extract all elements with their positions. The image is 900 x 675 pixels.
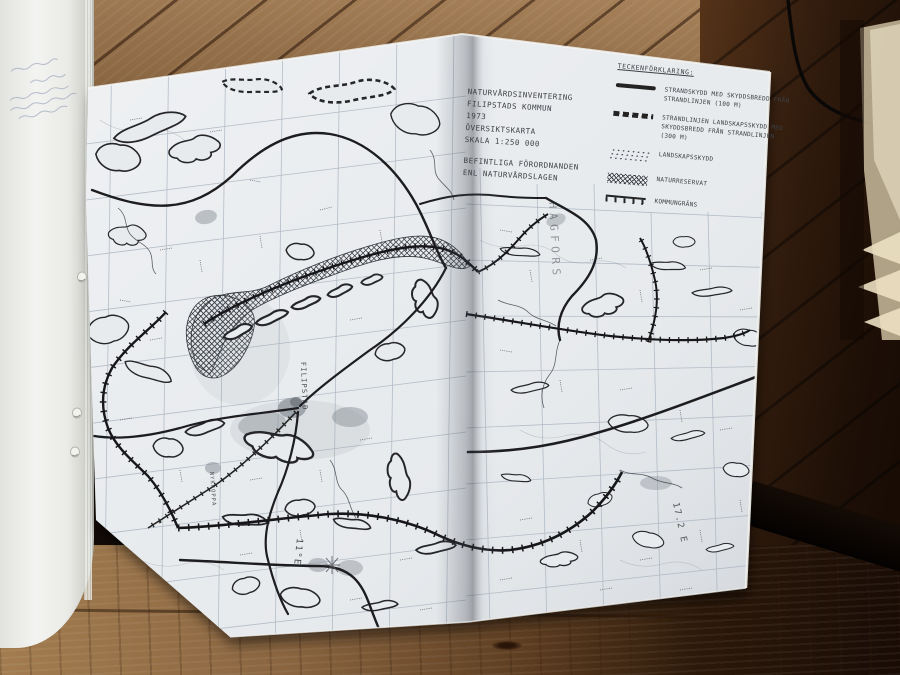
- label-filipstad: FILIPSTAD: [299, 362, 309, 411]
- legend-row-strandskydd: STRANDSKYDD MED SKYDDSBREDD FRÅN STRANDL…: [615, 81, 792, 115]
- legend-label: KOMMUNGRÄNS: [654, 197, 698, 210]
- legend-label: STRANDSKYDD MED SKYDDSBREDD FRÅN STRANDL…: [663, 85, 791, 114]
- starburst-mark: [324, 556, 340, 574]
- legend-label: NATURRESERVAT: [656, 175, 707, 189]
- binder-holes: [71, 272, 87, 457]
- dotted-area-symbol: [607, 148, 651, 164]
- photo-of-open-map-book: FILIPSTAD NYKROPPA HAGFORS 11°E 17.2 E: [0, 0, 900, 675]
- solid-line-symbol: [616, 83, 656, 90]
- hatched-area-symbol: [607, 173, 648, 187]
- title-block: NATURVÅRDSINVENTERING FILIPSTADS KOMMUN …: [462, 86, 619, 188]
- legend-row-landskapsskydd-strand: STRANDLINJEN LANDSKAPSSKYDD MED SKYDDSBR…: [611, 109, 789, 152]
- legend-block: TECKENFÖRKLARING: STRANDSKYDD MED SKYDDS…: [604, 62, 793, 230]
- legend-row-kommungrans: KOMMUNGRÄNS: [605, 192, 781, 220]
- comb-line-symbol: [605, 194, 646, 208]
- legend-label: STRANDLINJEN LANDSKAPSSKYDD MED SKYDDSBR…: [660, 113, 789, 151]
- legend-label: LANDSKAPSSKYDD: [658, 150, 713, 164]
- dashed-line-symbol: [613, 111, 653, 119]
- legend-row-landskapsskydd: LANDSKAPSSKYDD: [609, 146, 786, 177]
